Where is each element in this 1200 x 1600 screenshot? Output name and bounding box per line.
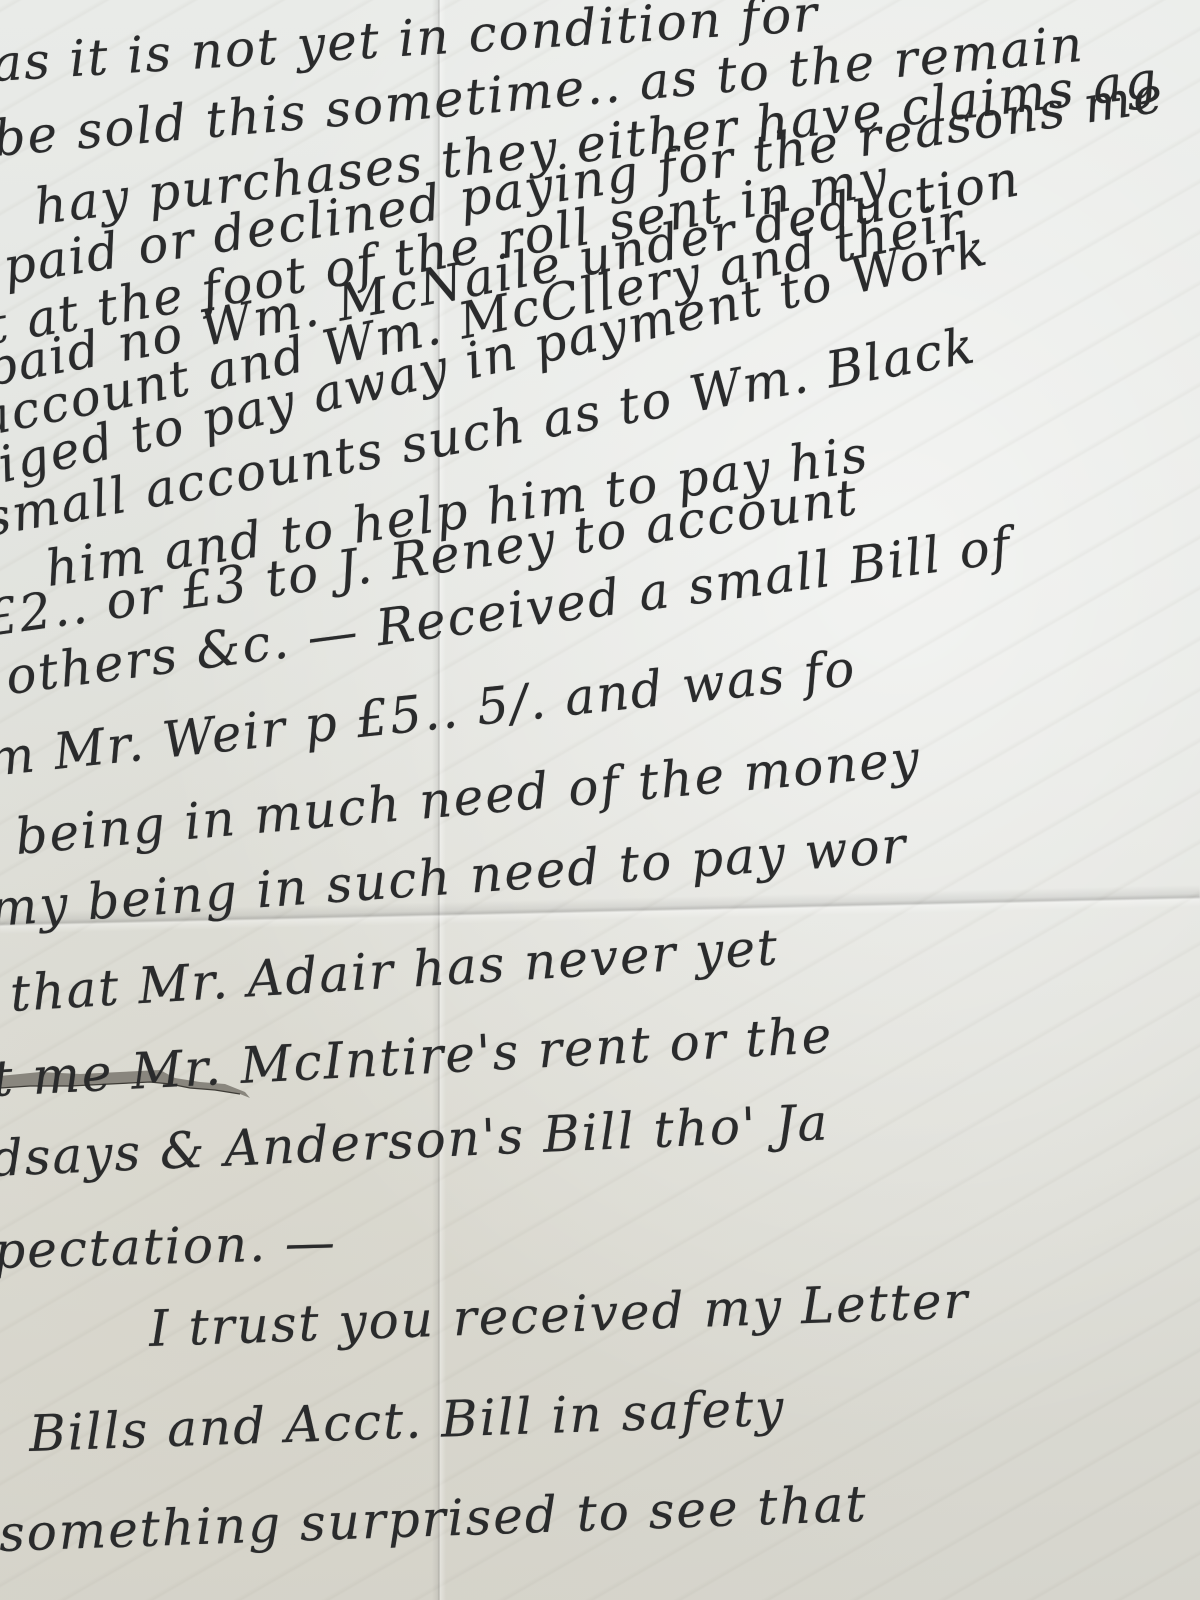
letter-line: pectation. —: [0, 1213, 338, 1280]
letter-body: as it is not yet in condition for be sol…: [0, 0, 1200, 1600]
letter-line: Bills and Acct. Bill in safety: [28, 1379, 786, 1463]
letter-line: dsays & Anderson's Bill tho' Ja: [0, 1093, 830, 1188]
letter-line: something surprised to see that: [0, 1475, 868, 1563]
letter-line: t me Mr. McIntire's rent or the: [0, 1006, 835, 1108]
letter-line: I trust you received my Letter: [148, 1271, 970, 1358]
letter-line: that Mr. Adair has never yet: [8, 918, 780, 1023]
